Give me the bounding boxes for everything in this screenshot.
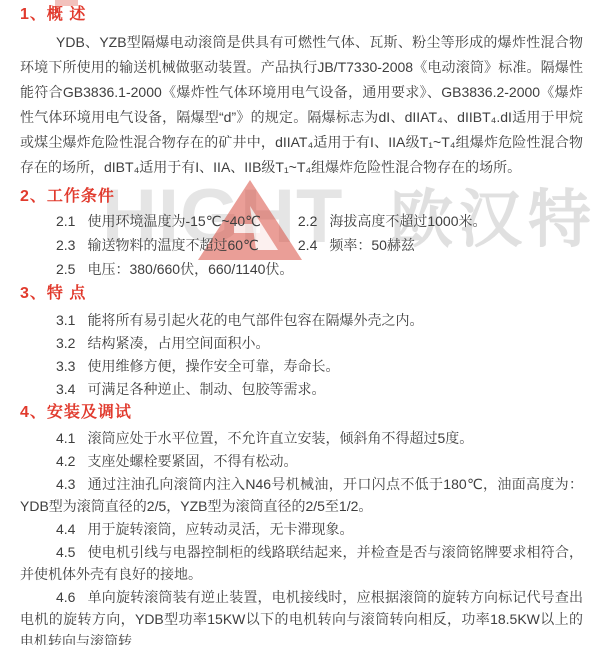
- feature-item-3-2: 3.2结构紧凑，占用空间面积小。: [20, 332, 583, 354]
- item-number: 4.3: [56, 476, 75, 492]
- item-text: 使电机引线与电器控制柜的线路联结起来，并检查是否与滚筒铭牌要求相符合，并使机体外…: [20, 544, 583, 582]
- work-conditions-row-1: 2.1使用环境温度为-15℃~40℃ 2.2海拔高度不超过1000米。: [20, 212, 583, 231]
- install-item-4-3: 4.3通过注油孔向滚筒内注入N46号机械油，开口闪点不低于180℃，油面高度为：…: [20, 473, 583, 517]
- item-text: 能将所有易引起火花的电气部件包容在隔爆外壳之内。: [87, 312, 423, 328]
- item-number: 2.4: [298, 237, 317, 253]
- item-number: 4.1: [56, 430, 75, 446]
- section-2-title: 2、工作条件: [20, 188, 583, 206]
- item-text: 滚筒应处于水平位置，不允许直立安装，倾斜角不得超过5度。: [87, 430, 473, 446]
- feature-item-3-4: 3.4可满足各种逆止、制动、包胶等需求。: [20, 378, 583, 400]
- item-text: 用于旋转滚筒，应转动灵活，无卡滞现象。: [87, 521, 353, 537]
- section-1-paragraph: YDB、YZB型隔爆电动滚筒是供具有可燃性气体、瓦斯、粉尘等形成的爆炸性混合物环…: [20, 30, 583, 180]
- section-1-title: 1、概 述: [20, 6, 583, 24]
- condition-item-2-4: 2.4频率：50赫兹: [298, 237, 415, 253]
- condition-item-2-5: 2.5电压：380/660伏，660/1140伏。: [56, 261, 293, 277]
- item-text: 使用维修方便，操作安全可靠，寿命长。: [87, 358, 339, 374]
- item-text: 频率：50赫兹: [329, 237, 415, 253]
- install-item-4-6: 4.6单向旋转滚筒装有逆止装置，电机接线时，应根据滚筒的旋转方向标记代号查出电机…: [20, 586, 583, 645]
- work-conditions-row-3: 2.5电压：380/660伏，660/1140伏。: [20, 260, 583, 279]
- item-number: 3.1: [56, 312, 75, 328]
- item-text: 单向旋转滚筒装有逆止装置，电机接线时，应根据滚筒的旋转方向标记代号查出电机的旋转…: [20, 589, 583, 645]
- item-text: 通过注油孔向滚筒内注入N46号机械油，开口闪点不低于180℃，油面高度为：YDB…: [20, 476, 583, 514]
- condition-item-2-2: 2.2海拔高度不超过1000米。: [298, 213, 487, 229]
- work-conditions-row-2: 2.3输送物料的温度不超过60℃ 2.4频率：50赫兹: [20, 236, 583, 255]
- item-text: 支座处螺栓要紧固，不得有松动。: [87, 453, 297, 469]
- item-number: 4.6: [56, 589, 75, 605]
- item-number: 3.4: [56, 381, 75, 397]
- document-content: 1、概 述 YDB、YZB型隔爆电动滚筒是供具有可燃性气体、瓦斯、粉尘等形成的爆…: [0, 0, 600, 645]
- condition-item-2-3: 2.3输送物料的温度不超过60℃: [56, 236, 294, 255]
- feature-item-3-1: 3.1能将所有易引起火花的电气部件包容在隔爆外壳之内。: [20, 309, 583, 331]
- item-number: 4.2: [56, 453, 75, 469]
- install-item-4-1: 4.1滚筒应处于水平位置，不允许直立安装，倾斜角不得超过5度。: [20, 427, 583, 449]
- section-4-title: 4、安装及调试: [20, 404, 583, 422]
- item-number: 2.5: [56, 261, 75, 277]
- item-text: 使用环境温度为-15℃~40℃: [87, 213, 260, 229]
- section-3-title: 3、特 点: [20, 285, 583, 303]
- item-text: 电压：380/660伏，660/1140伏。: [87, 261, 293, 277]
- install-item-4-5: 4.5使电机引线与电器控制柜的线路联结起来，并检查是否与滚筒铭牌要求相符合，并使…: [20, 541, 583, 585]
- item-text: 输送物料的温度不超过60℃: [87, 237, 258, 253]
- item-number: 2.3: [56, 237, 75, 253]
- item-number: 4.4: [56, 521, 75, 537]
- item-number: 2.2: [298, 213, 317, 229]
- install-item-4-2: 4.2支座处螺栓要紧固，不得有松动。: [20, 450, 583, 472]
- item-text: 可满足各种逆止、制动、包胶等需求。: [87, 381, 325, 397]
- item-text: 结构紧凑，占用空间面积小。: [87, 335, 269, 351]
- condition-item-2-1: 2.1使用环境温度为-15℃~40℃: [56, 212, 294, 231]
- item-number: 3.3: [56, 358, 75, 374]
- item-number: 3.2: [56, 335, 75, 351]
- feature-item-3-3: 3.3使用维修方便，操作安全可靠，寿命长。: [20, 355, 583, 377]
- cropped-page-artifact: [55, 0, 78, 6]
- item-number: 2.1: [56, 213, 75, 229]
- item-text: 海拔高度不超过1000米。: [329, 213, 486, 229]
- install-item-4-4: 4.4用于旋转滚筒，应转动灵活，无卡滞现象。: [20, 518, 583, 540]
- item-number: 4.5: [56, 544, 75, 560]
